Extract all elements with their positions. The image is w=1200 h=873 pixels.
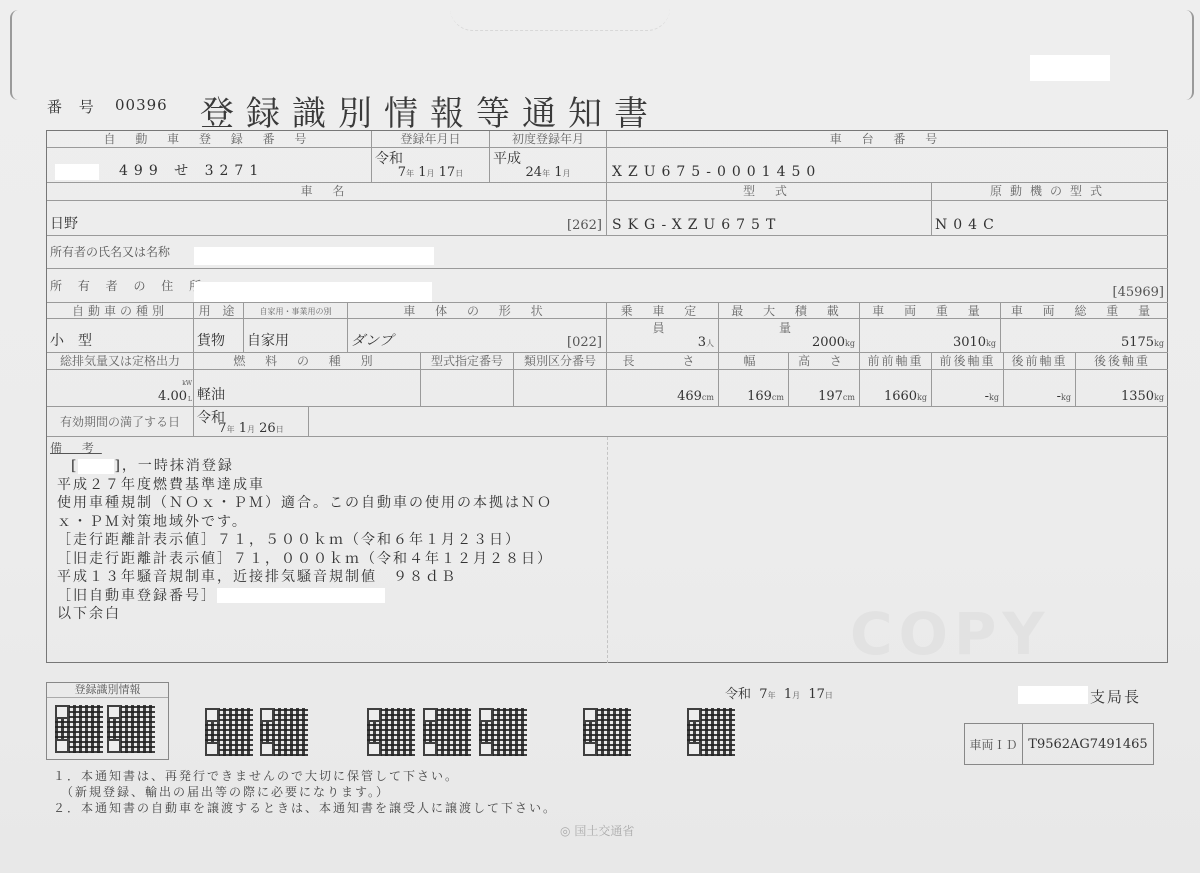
hdr-fr-axle: 前後軸重 <box>932 353 1004 370</box>
doc-number: 00396 <box>115 96 168 114</box>
hdr-height: 高 さ <box>789 353 860 370</box>
vehicle-weight-cell: 3010kg <box>860 319 1001 353</box>
registration-number: 499 せ 3271 <box>119 160 264 180</box>
redacted-owner-address <box>194 282 432 302</box>
owner-address-label: 所 有 者 の 住 所 <box>50 278 207 295</box>
registration-number-cell: 499 せ 3271 <box>47 148 372 183</box>
hdr-length: 長 さ <box>607 353 719 370</box>
first-registration-cell: 平成 24年 1月 <box>490 148 607 183</box>
remark-line: ｘ・ＰＭ対策地域外です。 <box>57 513 553 532</box>
owner-name-row: 所有者の氏名又は名称 <box>47 236 1168 269</box>
chassis-number-cell: XZU675-0001450 <box>607 148 1168 183</box>
vehicle-id-value: T9562AG7491465 <box>1023 724 1153 764</box>
hdr-model: 型 式 <box>607 183 932 201</box>
ministry-logo: ◎ 国土交通省 <box>560 822 634 839</box>
redacted-region <box>217 588 385 603</box>
max-load-value: 2000kg <box>812 335 855 350</box>
rr-axle-value: 1350kg <box>1121 389 1164 404</box>
hdr-private-business: 自家用・事業用の別 <box>244 303 348 319</box>
vehicle-type: 小 型 <box>50 330 92 350</box>
width-value: 169cm <box>747 389 784 404</box>
height-cell: 197cm <box>789 370 860 407</box>
usage-value: 貨物 <box>197 330 225 350</box>
vehicle-id-label: 車両ＩＤ <box>965 724 1023 764</box>
qr-code-icon <box>479 708 527 756</box>
hdr-capacity: 乗 車 定 員 <box>607 303 719 319</box>
rf-axle-value: -kg <box>1057 389 1071 404</box>
qr-code-icon <box>583 708 631 756</box>
remark-line: ［旧走行距離計表示値］７１，０００ｋｍ（令和４年１２月２８日） <box>57 550 553 569</box>
office-title: 支局長 <box>1090 686 1141 707</box>
redacted-office <box>1018 686 1088 704</box>
qr-code-icon <box>107 705 155 753</box>
notes: １．本通知書は、再発行できませんので大切に保管して下さい。 （新規登録、輸出の届… <box>53 768 557 816</box>
private-business-cell: 自家用 <box>244 319 348 353</box>
qr-code-icon <box>367 708 415 756</box>
rf-axle-cell: -kg <box>1004 370 1076 407</box>
remarks-list: []，一時抹消登録平成２７年度燃費基準達成車使用車種規制（ＮＯｘ・ＰＭ）適合。こ… <box>57 457 553 624</box>
height-value: 197cm <box>818 389 855 404</box>
hdr-type-designation: 型式指定番号 <box>421 353 514 370</box>
hdr-gross-weight: 車 両 総 重 量 <box>1001 303 1168 319</box>
expiry-blank <box>309 407 1168 437</box>
qr-code-icon <box>260 708 308 756</box>
max-load-cell: 2000kg <box>719 319 860 353</box>
fuel-type-cell: 軽油 <box>194 370 421 407</box>
remarks-divider <box>607 437 609 663</box>
hdr-ff-axle: 前前軸重 <box>860 353 932 370</box>
hdr-registration-number: 自 動 車 登 録 番 号 <box>47 131 372 148</box>
chassis-number: XZU675-0001450 <box>612 164 821 180</box>
engine-model-value: N04C <box>935 217 1000 233</box>
registration-table: 自 動 車 登 録 番 号 登録年月日 初度登録年月 車 台 番 号 499 せ… <box>46 130 1168 663</box>
registration-id-qr-box: 登録識別情報 <box>46 682 169 760</box>
remark-line: 使用車種規制（ＮＯｘ・ＰＭ）適合。この自動車の使用の本拠はＮＯ <box>57 494 553 513</box>
ff-axle-cell: 1660kg <box>860 370 932 407</box>
redacted-block <box>1030 55 1110 81</box>
rr-axle-cell: 1350kg <box>1076 370 1168 407</box>
car-name-cell: 日野 [262] <box>47 201 607 236</box>
hdr-rf-axle: 後前軸重 <box>1004 353 1076 370</box>
capacity-cell: 3人 <box>607 319 719 353</box>
model-value: SKG-XZU675T <box>612 217 781 233</box>
vehicle-id-box: 車両ＩＤ T9562AG7491465 <box>964 723 1154 765</box>
ornament-right-icon <box>1178 10 1194 100</box>
remark-line: 平成２７年度燃費基準達成車 <box>57 476 553 495</box>
hdr-chassis-number: 車 台 番 号 <box>607 131 1168 148</box>
note-line: １．本通知書は、再発行できませんので大切に保管して下さい。 <box>53 768 557 784</box>
hdr-width: 幅 <box>719 353 789 370</box>
hdr-vehicle-weight: 車 両 重 量 <box>860 303 1001 319</box>
qr-code-icon <box>205 708 253 756</box>
displacement-value: 4.00 <box>158 389 187 404</box>
displacement-unit-l: L <box>188 396 192 403</box>
length-value: 469cm <box>677 389 714 404</box>
body-shape-value: ダンプ <box>351 330 393 350</box>
car-name: 日野 <box>50 213 78 233</box>
certificate-paper: COPY 番 号 00396 登録識別情報等通知書 自 動 車 登 録 番 号 … <box>0 0 1200 873</box>
hdr-expiry: 有効期間の満了する日 <box>47 407 194 437</box>
hdr-body-shape: 車 体 の 形 状 <box>348 303 607 319</box>
fr-axle-value: -kg <box>985 389 999 404</box>
qr-code-icon <box>423 708 471 756</box>
hdr-usage: 用 途 <box>194 303 244 319</box>
capacity-value: 3人 <box>698 335 714 350</box>
note-line: ２．本通知書の自動車を譲渡するときは、本通知書を譲受人に譲渡して下さい。 <box>53 800 557 816</box>
owner-name-label: 所有者の氏名又は名称 <box>50 244 170 261</box>
registration-date-cell: 令和 7年 1月 17日 <box>372 148 490 183</box>
hdr-engine-model: 原動機の型式 <box>932 183 1168 201</box>
redacted-region <box>78 459 114 474</box>
vehicle-type-cell: 小 型 <box>47 319 194 353</box>
owner-address-row: 所 有 者 の 住 所 [45969] <box>47 269 1168 303</box>
first-registration-date: 24年 1月 <box>490 165 606 180</box>
model-cell: SKG-XZU675T <box>607 201 932 236</box>
hdr-car-name: 車 名 <box>47 183 607 201</box>
fr-axle-cell: -kg <box>932 370 1004 407</box>
car-name-code: [262] <box>567 218 602 233</box>
qr-box-title: 登録識別情報 <box>47 683 168 698</box>
redacted-owner-name <box>194 247 434 265</box>
remark-line: 以下余白 <box>57 605 553 624</box>
gross-weight-value: 5175kg <box>1121 335 1164 350</box>
ornament-left-icon <box>10 10 26 100</box>
width-cell: 169cm <box>719 370 789 407</box>
expiry-date: 7年 1月 26日 <box>194 421 308 436</box>
type-designation-cell <box>421 370 514 407</box>
body-shape-code: [022] <box>567 335 602 350</box>
redacted-region <box>55 164 99 180</box>
hdr-vehicle-type: 自動車の種別 <box>47 303 194 319</box>
remarks-section: 備 考 []，一時抹消登録平成２７年度燃費基準達成車使用車種規制（ＮＯｘ・ＰＭ）… <box>47 437 1168 663</box>
expiry-cell: 令和 7年 1月 26日 <box>194 407 309 437</box>
hdr-registration-date: 登録年月日 <box>372 131 490 148</box>
qr-code-icon <box>687 708 735 756</box>
registration-date: 7年 1月 17日 <box>372 165 489 180</box>
hdr-max-load: 最 大 積 載 量 <box>719 303 860 319</box>
vehicle-weight-value: 3010kg <box>953 335 996 350</box>
address-code: [45969] <box>1113 285 1165 300</box>
issue-date: 令和 7年 1月 17日 <box>725 683 833 702</box>
hdr-fuel-type: 燃 料 の 種 別 <box>194 353 421 370</box>
doc-number-label: 番 号 <box>47 96 100 117</box>
ff-axle-value: 1660kg <box>884 389 927 404</box>
displacement-cell: 4.00 kW L <box>47 370 194 407</box>
length-cell: 469cm <box>607 370 719 407</box>
hdr-category-number: 類別区分番号 <box>514 353 607 370</box>
page-title: 登録識別情報等通知書 <box>200 86 660 135</box>
hdr-first-registration: 初度登録年月 <box>490 131 607 148</box>
ornament-top-icon <box>450 8 670 31</box>
category-number-cell <box>514 370 607 407</box>
hdr-rr-axle: 後後軸重 <box>1076 353 1168 370</box>
remarks-label: 備 考 <box>50 439 102 456</box>
displacement-unit-kw: kW <box>182 380 192 387</box>
ministry-emblem-icon: ◎ <box>560 824 570 838</box>
remark-line: ［走行距離計表示値］７１，５００ｋｍ（令和６年１月２３日） <box>57 531 553 550</box>
hdr-displacement: 総排気量又は定格出力 <box>47 353 194 370</box>
note-line: （新規登録、輸出の届出等の際に必要になります。） <box>53 784 557 800</box>
body-shape-cell: ダンプ [022] <box>348 319 607 353</box>
usage-cell: 貨物 <box>194 319 244 353</box>
remark-line: ［旧自動車登録番号］ <box>57 587 553 606</box>
remark-line: 平成１３年騒音規制車，近接排気騒音規制値 ９８ｄＢ <box>57 568 553 587</box>
engine-model-cell: N04C <box>932 201 1168 236</box>
qr-code-icon <box>55 705 103 753</box>
gross-weight-cell: 5175kg <box>1001 319 1168 353</box>
private-business-value: 自家用 <box>247 330 289 350</box>
fuel-type-value: 軽油 <box>197 384 225 404</box>
remark-line: []，一時抹消登録 <box>57 457 553 476</box>
